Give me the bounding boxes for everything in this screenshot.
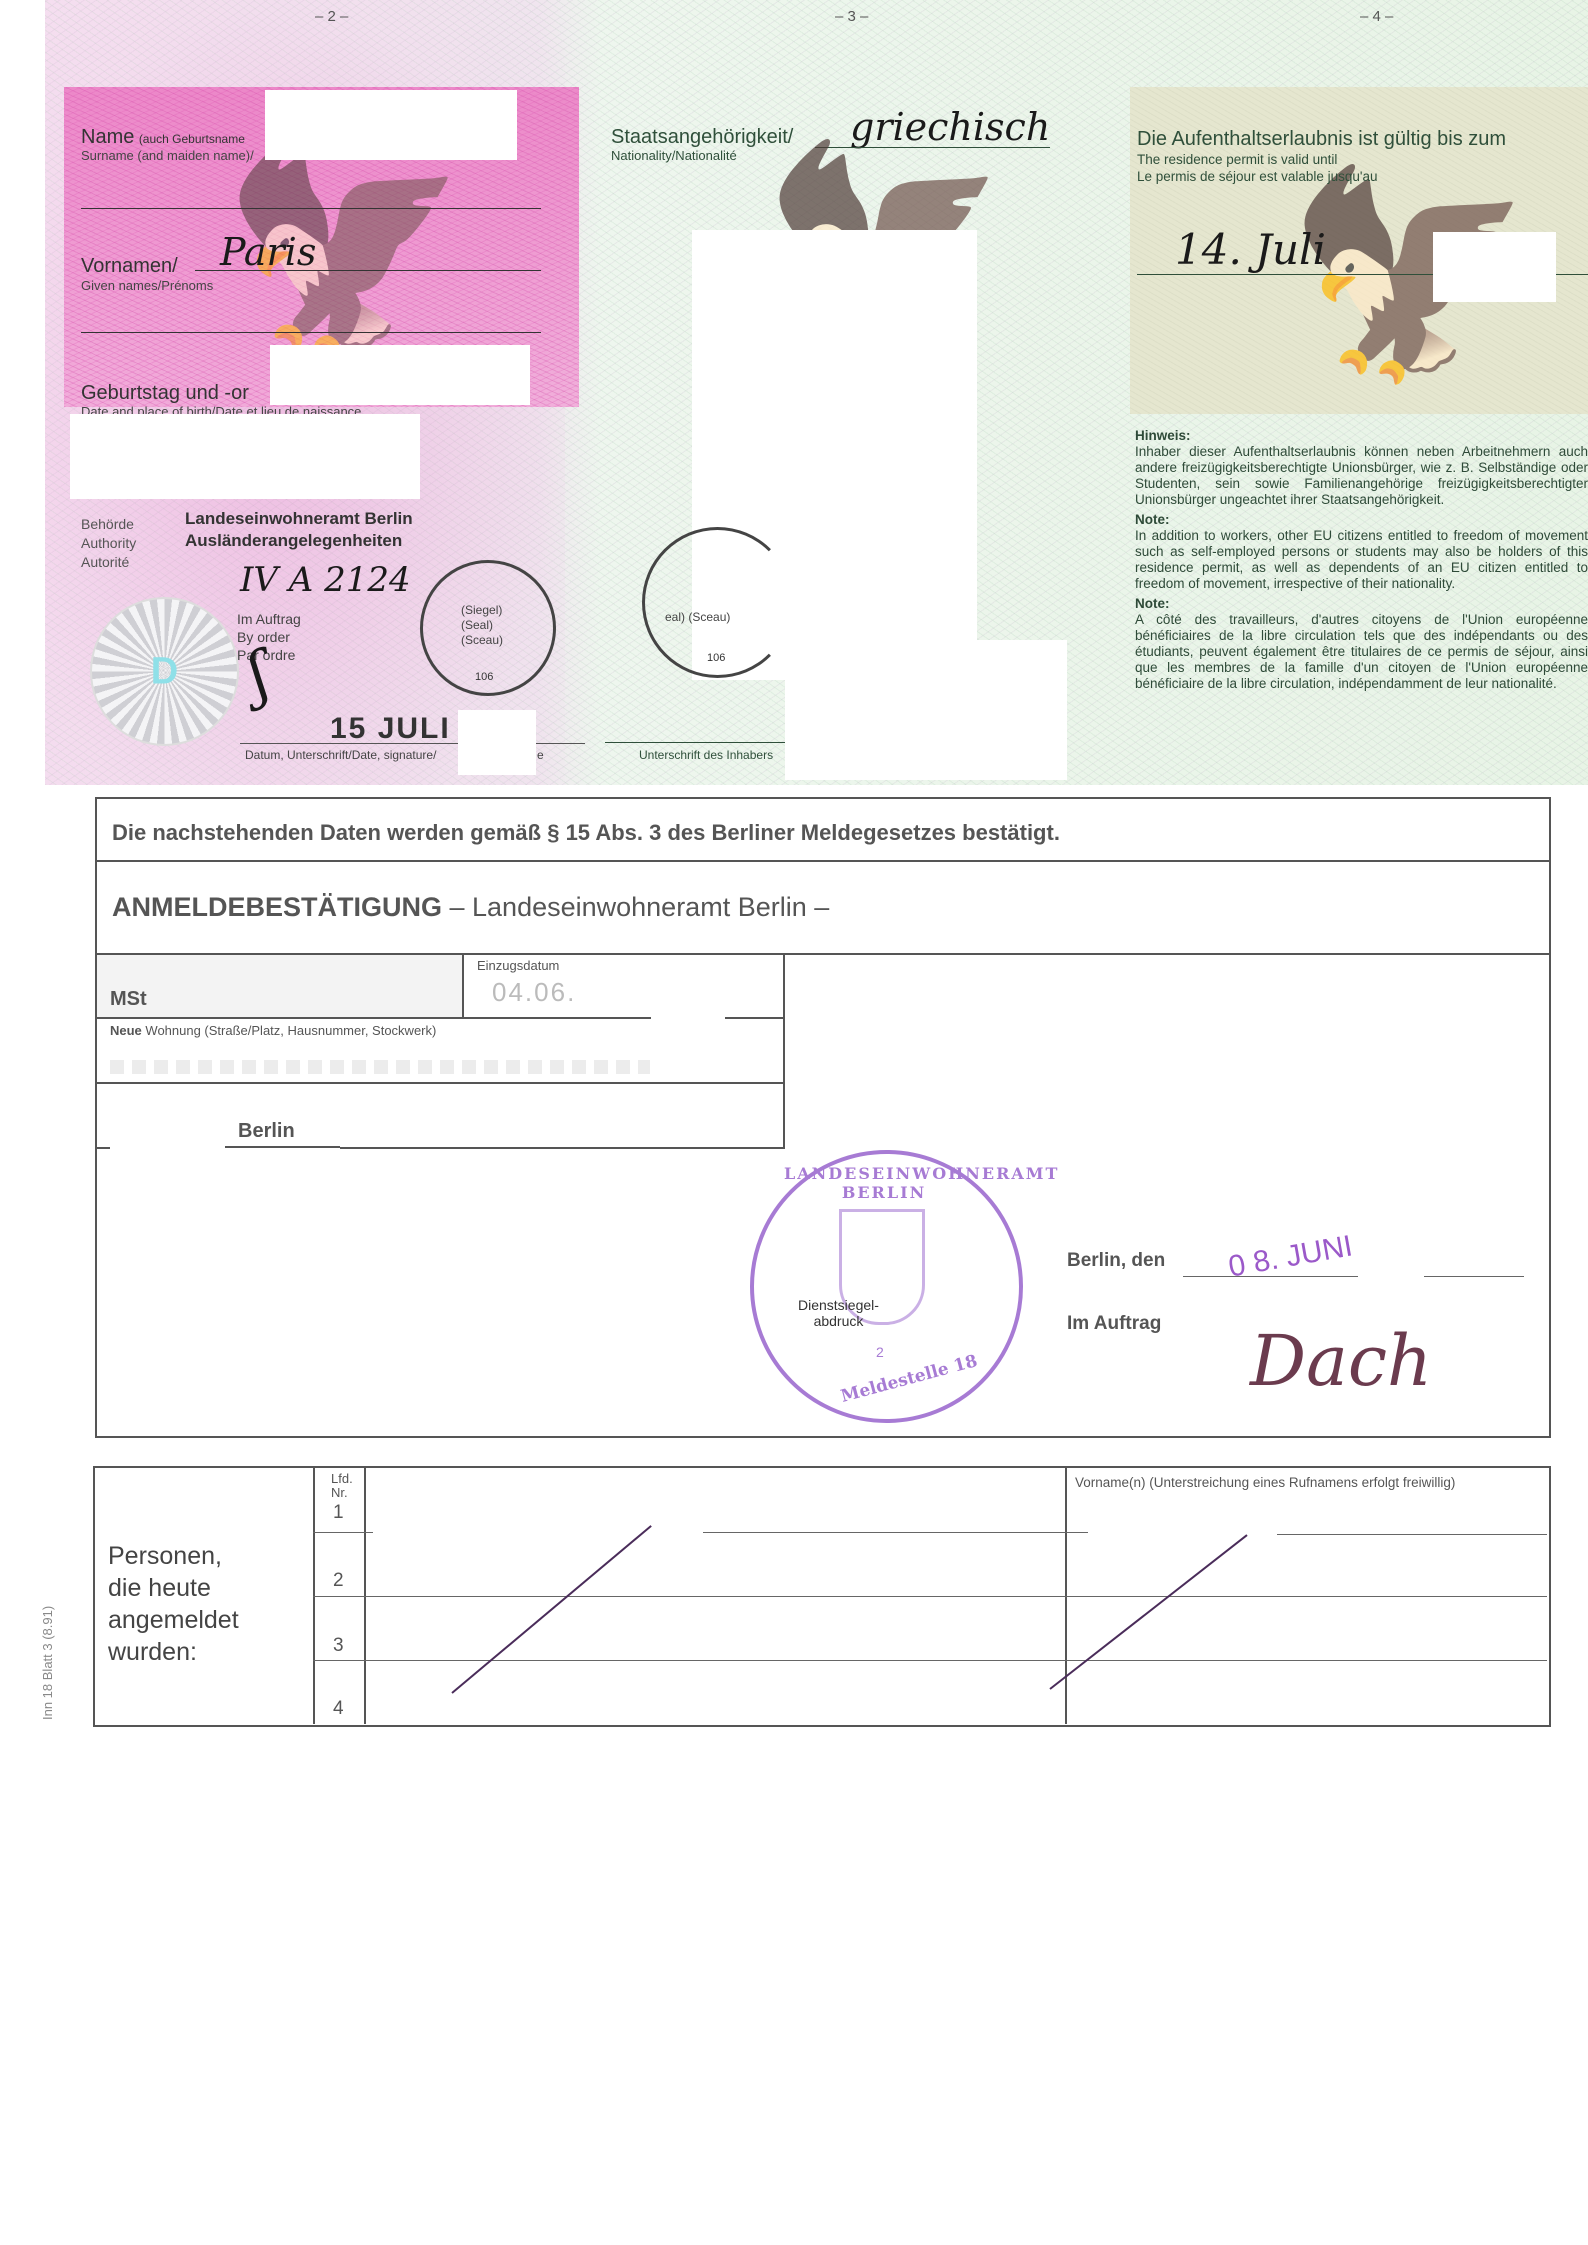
name-field-label: Name (auch Geburtsname: [81, 126, 245, 149]
move-in-date-label: Einzugsdatum: [477, 958, 559, 973]
holder-signature-line: [605, 742, 785, 743]
validity-date-value: 14. Juli: [1175, 225, 1326, 274]
date-line: [1183, 1276, 1358, 1277]
given-names-line-2: [81, 332, 541, 333]
official-seal-stamp: 2 Meldestelle 18 LANDESEINWOHNERAMT BERL…: [750, 1150, 1023, 1423]
row-line: [703, 1532, 1088, 1533]
residence-permit: – 2 – – 3 – – 4 – 🦅 Name (auch Geburtsna…: [45, 0, 1588, 785]
persons-side-label: Personen, die heute angemeldet wurden:: [108, 1540, 239, 1668]
legal-confirmation-line: Die nachstehenden Daten werden gemäß § 1…: [112, 820, 1060, 846]
hologram-letter: D: [151, 650, 178, 693]
by-order-label: Im Auftrag: [1067, 1313, 1161, 1335]
row-number-2: 2: [333, 1570, 344, 1592]
divider: [95, 1082, 785, 1084]
row-number-3: 3: [333, 1635, 344, 1657]
divider: [95, 1017, 651, 1019]
authority-labels: Behörde Authority Autorité: [81, 515, 136, 572]
page-number-4: – 4 –: [1360, 8, 1393, 25]
divider: [340, 1147, 785, 1149]
seal-caption: Dienstsiegel- abdruck: [798, 1297, 879, 1329]
redacted-holder-signature: [785, 640, 1067, 780]
city-underline: [225, 1146, 340, 1148]
holder-signature-caption: Unterschrift des Inhabers: [639, 748, 773, 762]
birth-label: Geburtstag und -or: [81, 382, 249, 405]
validity-label: Die Aufenthaltserlaubnis ist gültig bis …: [1137, 128, 1506, 151]
first-names-header: Vorname(n) (Unterstreichung eines Rufnam…: [1075, 1475, 1455, 1490]
row-line: [313, 1596, 1547, 1597]
authority-stamp: Landeseinwohneramt Berlin Ausländerangel…: [185, 508, 413, 552]
nationality-sublabel: Nationality/Nationalité: [611, 148, 737, 163]
validity-sublabel-fr: Le permis de séjour est valable jusqu'au: [1137, 169, 1377, 184]
new-address-label: Neue Wohnung (Straße/Platz, Hausnummer, …: [110, 1023, 436, 1038]
redacted-issue-year: [458, 710, 536, 775]
given-names-sublabel: Given names/Prénoms: [81, 278, 213, 293]
city-value: Berlin: [238, 1120, 295, 1143]
redacted-validity-year: [1433, 232, 1556, 302]
row-number-1: 1: [333, 1502, 344, 1524]
page-number-3: – 3 –: [835, 8, 868, 25]
security-hologram: D: [90, 597, 239, 746]
page-number-2: – 2 –: [315, 8, 348, 25]
clerk-signature: Dach: [1250, 1320, 1432, 1402]
form-title: ANMELDEBESTÄTIGUNG – Landeseinwohneramt …: [112, 892, 829, 923]
date-line-year: [1424, 1276, 1524, 1277]
row-line: [313, 1660, 1547, 1661]
name-field-sublabel: Surname (and maiden name)/: [81, 148, 254, 163]
signature-caption: Datum, Unterschrift/Date, signature/: [245, 748, 436, 762]
name-line-2: [81, 208, 541, 209]
office-code-cell: [97, 955, 462, 1017]
given-names-value: Paris: [220, 230, 316, 274]
authority-seal-page3: eal) (Sceau) 106: [642, 527, 793, 678]
row-line: [1277, 1534, 1547, 1535]
number-header: Lfd. Nr.: [331, 1472, 353, 1500]
divider: [462, 954, 464, 1018]
legal-notes: Hinweis: Inhaber dieser Aufenthaltserlau…: [1135, 424, 1588, 692]
office-code: MSt: [110, 988, 147, 1011]
divider: [95, 860, 1549, 862]
row-number-4: 4: [333, 1698, 344, 1720]
divider: [725, 1017, 785, 1019]
redacted-birth-date: [270, 345, 530, 405]
redacted-birth-place: [70, 414, 420, 499]
move-in-date-value: 04.06.: [492, 977, 576, 1008]
issue-date-stamp: 15 JULI: [330, 712, 451, 746]
authority-seal-page2: (Siegel) (Seal) (Sceau) 106: [420, 560, 556, 696]
validity-sublabel-en: The residence permit is valid until: [1137, 152, 1337, 167]
form-code: Inn 18 Blatt 3 (8.91): [40, 1606, 55, 1720]
faded-address-value: [110, 1060, 650, 1074]
redacted-surname: [265, 90, 517, 160]
divider: [783, 954, 785, 1148]
given-names-line: [195, 270, 541, 271]
divider: [95, 1147, 110, 1149]
place-date-label: Berlin, den: [1067, 1250, 1165, 1272]
given-names-label: Vornamen/: [81, 255, 178, 278]
row-line: [313, 1532, 373, 1533]
office-code-handwritten: IV A 2124: [240, 560, 411, 600]
